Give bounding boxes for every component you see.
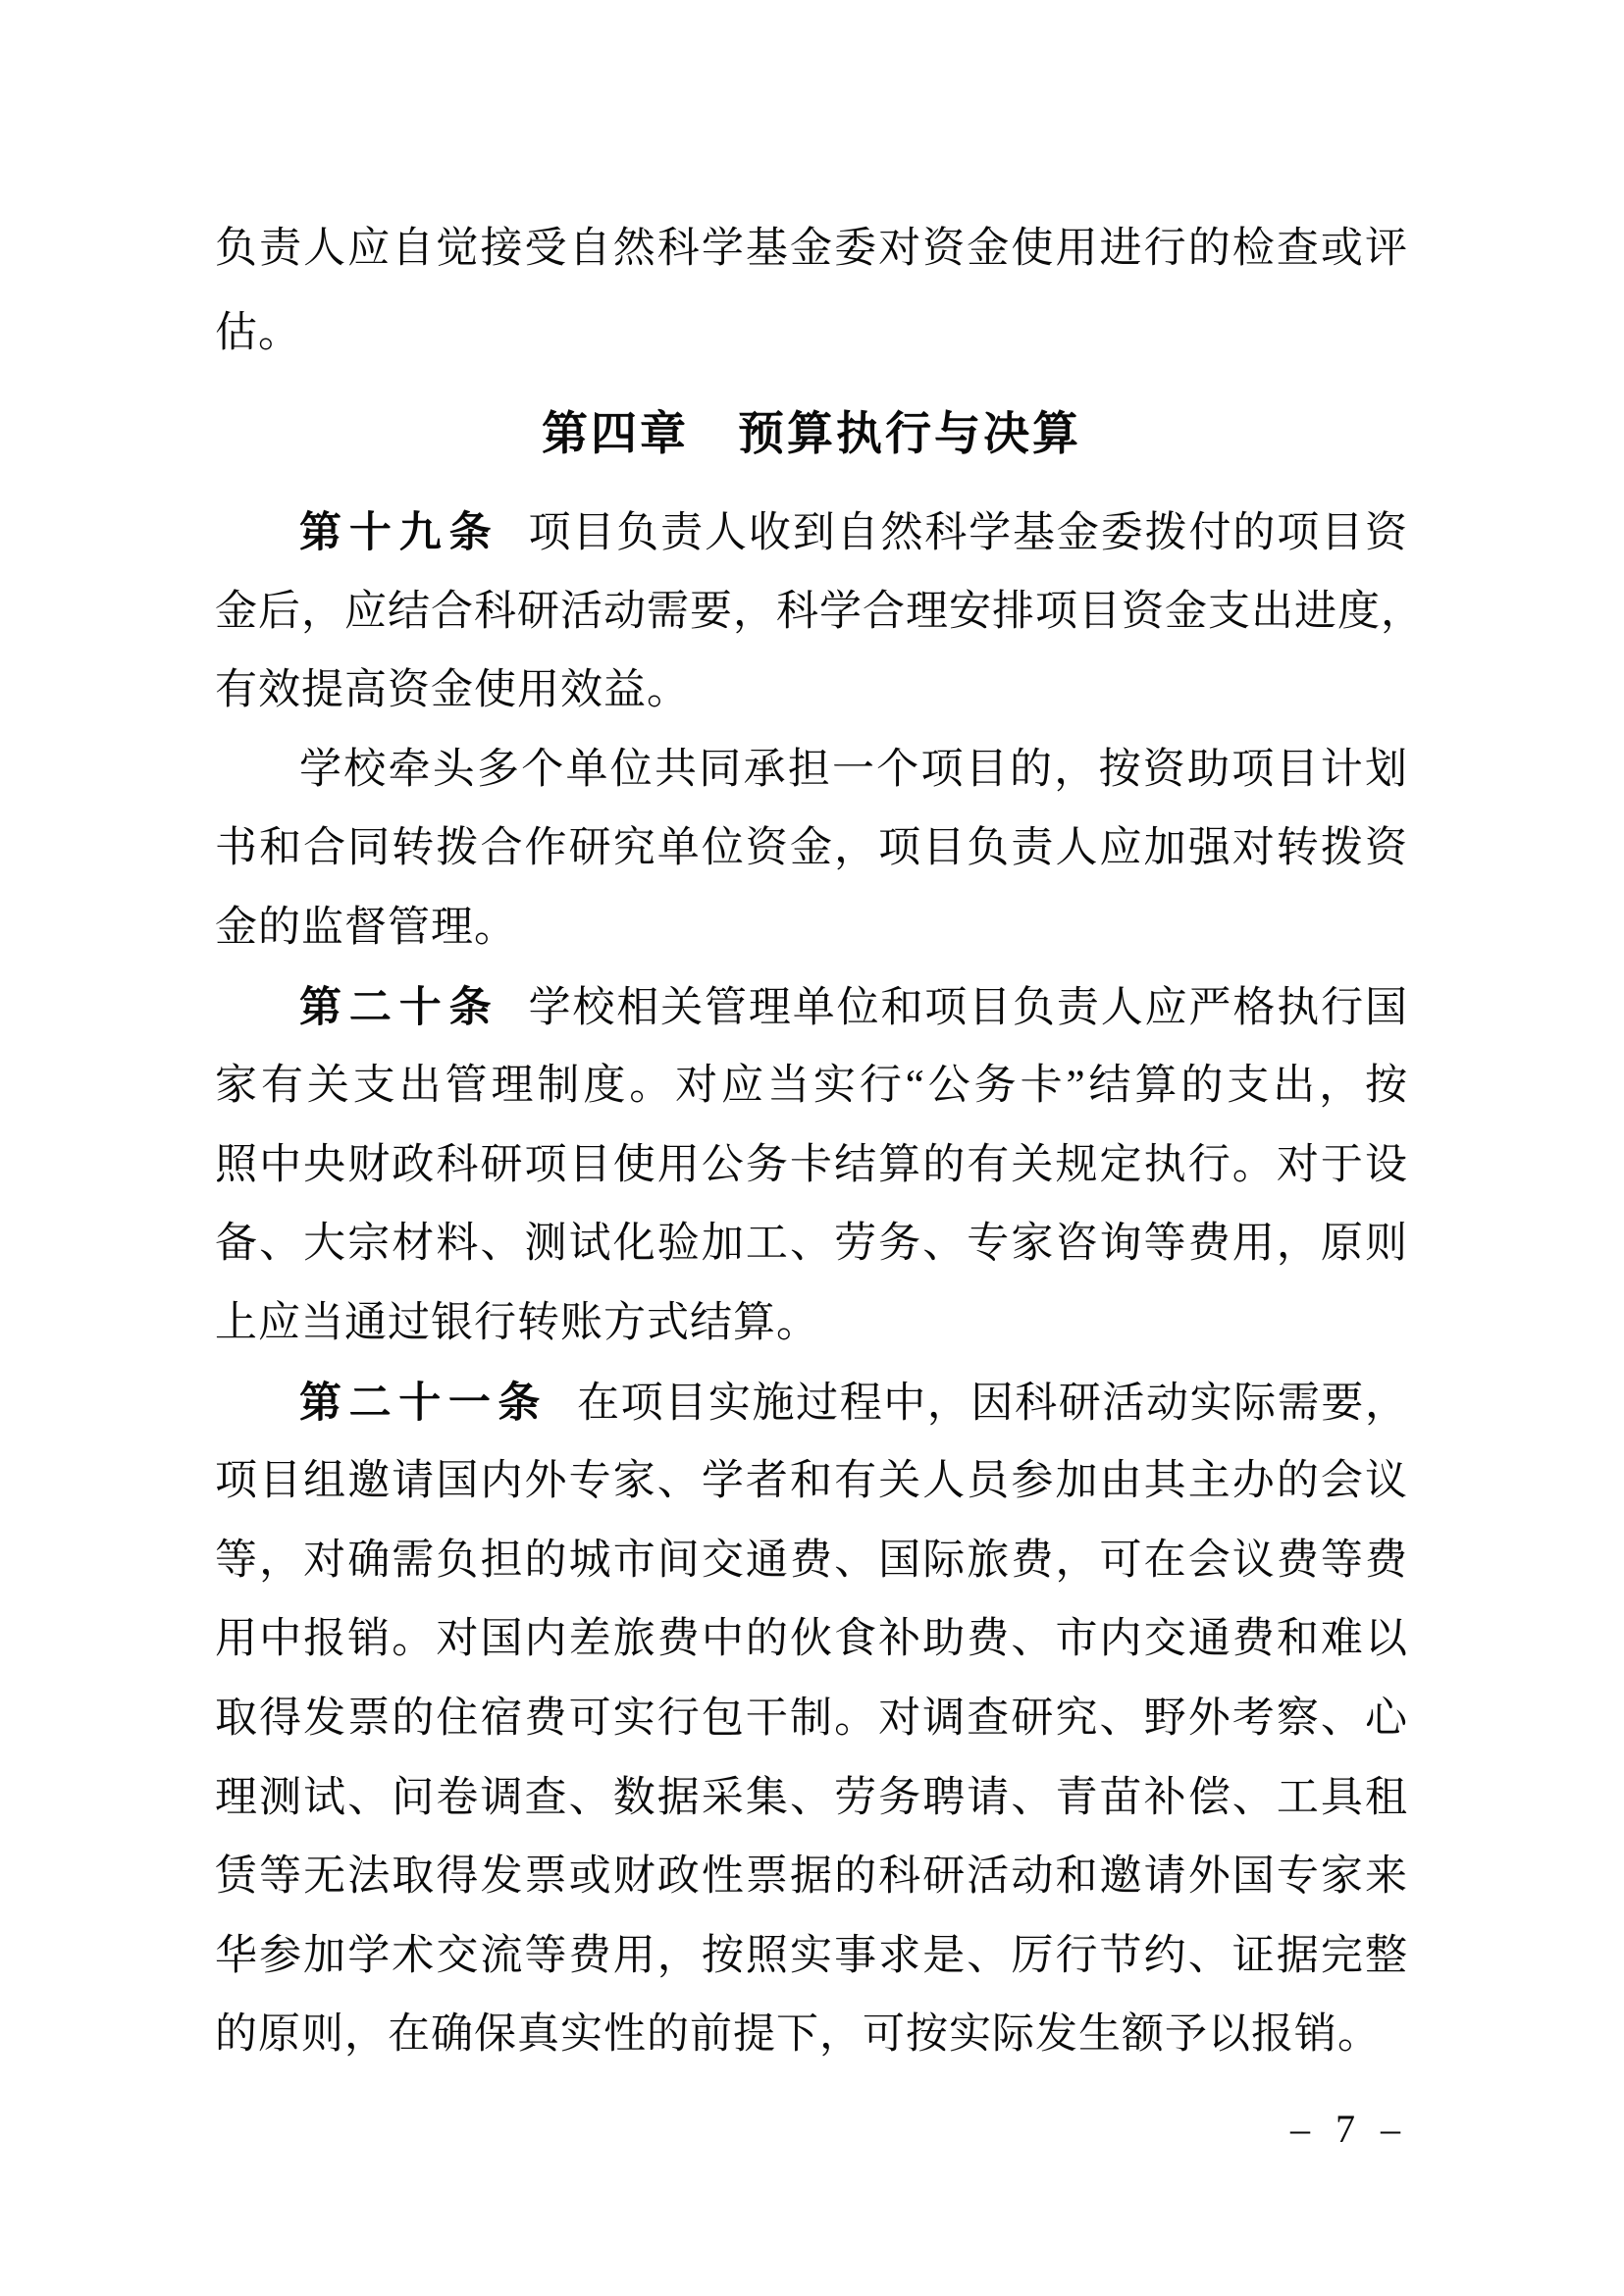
text-line: 华参加学术交流等费用，按照实事求是、厉行节约、证据完整 bbox=[215, 1917, 1408, 1996]
text-line: 项目组邀请国内外专家、学者和有关人员参加由其主办的会议 bbox=[215, 1442, 1408, 1521]
text-line: 第二十条学校相关管理单位和项目负责人应严格执行国 bbox=[215, 968, 1408, 1047]
article-number: 第二十一条 bbox=[299, 1380, 548, 1427]
line-text: 赁等无法取得发票或财政性票据的科研活动和邀请外国专家来 bbox=[215, 1853, 1408, 1900]
line-text: 第四章 预算执行与决算 bbox=[542, 407, 1081, 459]
text-body: 负责人应自觉接受自然科学基金委对资金使用进行的检查或评估。第四章 预算执行与决算… bbox=[215, 0, 1408, 2296]
text-line: 理测试、问卷调查、数据采集、劳务聘请、青苗补偿、工具租 bbox=[215, 1759, 1408, 1838]
line-text: 照中央财政科研项目使用公务卡结算的有关规定执行。对于设 bbox=[215, 1142, 1408, 1188]
text-line: 等，对确需负担的城市间交通费、国际旅费，可在会议费等费 bbox=[215, 1522, 1408, 1600]
line-text: 书和合同转拨合作研究单位资金，项目负责人应加强对转拨资 bbox=[215, 825, 1408, 871]
text-line: 家有关支出管理制度。对应当实行“公务卡”结算的支出，按 bbox=[215, 1047, 1408, 1125]
line-text: 华参加学术交流等费用，按照实事求是、厉行节约、证据完整 bbox=[215, 1933, 1408, 1979]
page-number: – 7 – bbox=[215, 2100, 1408, 2159]
chapter-heading: 第四章 预算执行与决算 bbox=[215, 394, 1408, 473]
line-text: 金的监督管理。 bbox=[215, 905, 517, 951]
text-line: 上应当通过银行转账方式结算。 bbox=[215, 1284, 1408, 1363]
text-line: 的原则，在确保真实性的前提下，可按实际发生额予以报销。 bbox=[215, 1996, 1408, 2074]
text-line: 估。 bbox=[215, 294, 1408, 373]
line-text: 用中报销。对国内差旅费中的伙食补助费、市内交通费和难以 bbox=[215, 1616, 1408, 1662]
line-text: 备、大宗材料、测试化验加工、劳务、专家咨询等费用，原则 bbox=[215, 1221, 1408, 1267]
line-text: 等，对确需负担的城市间交通费、国际旅费，可在会议费等费 bbox=[215, 1538, 1408, 1584]
line-text: 上应当通过银行转账方式结算。 bbox=[215, 1300, 819, 1346]
text-line: 有效提高资金使用效益。 bbox=[215, 652, 1408, 730]
document-page: 负责人应自觉接受自然科学基金委对资金使用进行的检查或评估。第四章 预算执行与决算… bbox=[0, 0, 1624, 2296]
line-text: 家有关支出管理制度。对应当实行“公务卡”结算的支出，按 bbox=[215, 1063, 1408, 1109]
line-text: 负责人应自觉接受自然科学基金委对资金使用进行的检查或评 bbox=[215, 226, 1408, 272]
line-text: 理测试、问卷调查、数据采集、劳务聘请、青苗补偿、工具租 bbox=[215, 1775, 1408, 1821]
text-line: 第十九条项目负责人收到自然科学基金委拨付的项目资 bbox=[215, 494, 1408, 572]
text-line: 书和合同转拨合作研究单位资金，项目负责人应加强对转拨资 bbox=[215, 809, 1408, 888]
line-text: 学校牵头多个单位共同承担一个项目的，按资助项目计划 bbox=[299, 747, 1408, 793]
text-line: 负责人应自觉接受自然科学基金委对资金使用进行的检查或评 bbox=[215, 210, 1408, 288]
text-line: 用中报销。对国内差旅费中的伙食补助费、市内交通费和难以 bbox=[215, 1600, 1408, 1679]
line-text: 取得发票的住宿费可实行包干制。对调查研究、野外考察、心 bbox=[215, 1696, 1408, 1742]
text-line: 第二十一条在项目实施过程中，因科研活动实际需要， bbox=[215, 1364, 1408, 1442]
line-text: 的原则，在确保真实性的前提下，可按实际发生额予以报销。 bbox=[215, 2011, 1381, 2058]
text-line: 赁等无法取得发票或财政性票据的科研活动和邀请外国专家来 bbox=[215, 1838, 1408, 1916]
article-number: 第十九条 bbox=[299, 509, 498, 556]
text-line: 取得发票的住宿费可实行包干制。对调查研究、野外考察、心 bbox=[215, 1680, 1408, 1758]
line-text: 金后，应结合科研活动需要，科学合理安排项目资金支出进度， bbox=[215, 589, 1424, 635]
article-number: 第二十条 bbox=[299, 984, 498, 1031]
line-text: 项目负责人收到自然科学基金委拨付的项目资 bbox=[528, 510, 1408, 556]
text-line: 学校牵头多个单位共同承担一个项目的，按资助项目计划 bbox=[215, 731, 1408, 809]
text-line: 照中央财政科研项目使用公务卡结算的有关规定执行。对于设 bbox=[215, 1126, 1408, 1205]
line-text: 有效提高资金使用效益。 bbox=[215, 667, 690, 713]
line-text: 估。 bbox=[215, 310, 301, 356]
text-line: 金的监督管理。 bbox=[215, 889, 1408, 967]
text-line: 金后，应结合科研活动需要，科学合理安排项目资金支出进度， bbox=[215, 573, 1408, 652]
text-line: 备、大宗材料、测试化验加工、劳务、专家咨询等费用，原则 bbox=[215, 1205, 1408, 1283]
line-text: 在项目实施过程中，因科研活动实际需要， bbox=[577, 1381, 1408, 1427]
line-text: 项目组邀请国内外专家、学者和有关人员参加由其主办的会议 bbox=[215, 1458, 1408, 1504]
line-text: 学校相关管理单位和项目负责人应严格执行国 bbox=[528, 985, 1408, 1031]
